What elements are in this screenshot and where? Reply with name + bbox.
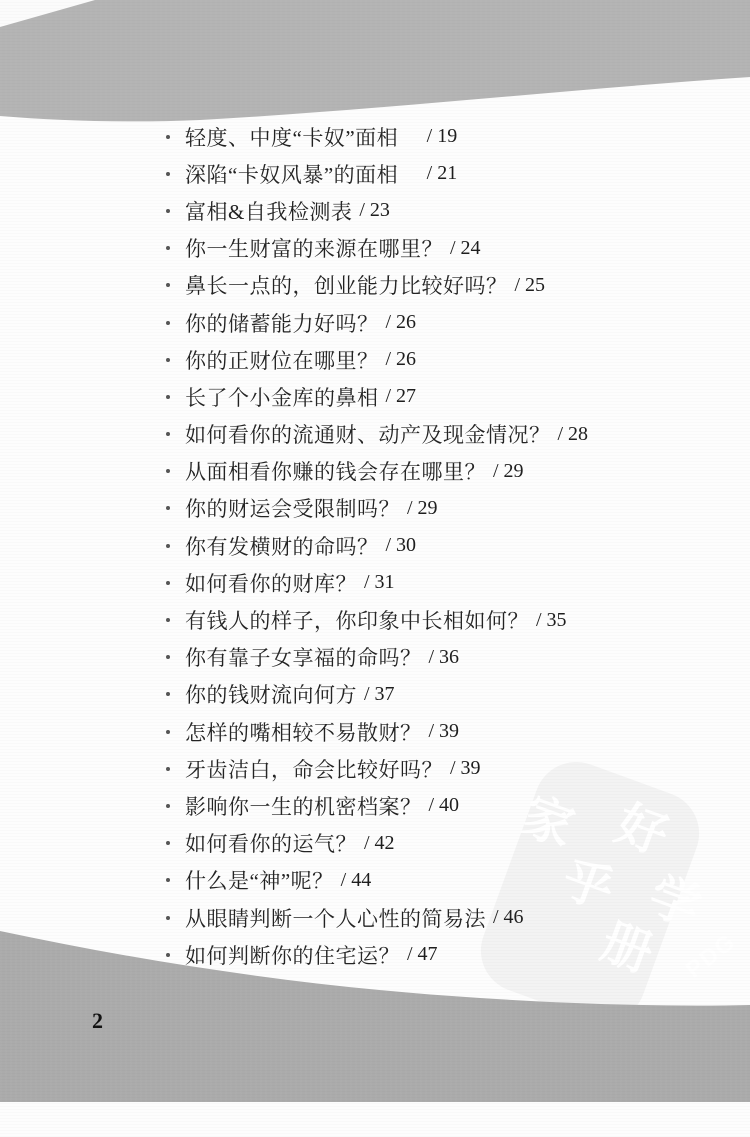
top-gray-band (0, 0, 750, 121)
pdg-watermark-label: PDG (681, 928, 742, 984)
toc-item-title: 有钱人的样子，你印象中长相如何？ (185, 605, 529, 635)
toc-item-title: 如何判断你的住宅运？ (185, 940, 400, 970)
toc-item-page: / 44 (341, 869, 372, 892)
bullet-dot-icon (166, 804, 170, 808)
toc-item-title: 怎样的嘴相较不易散财？ (185, 717, 422, 747)
toc-item-title: 如何看你的运气？ (185, 828, 357, 858)
toc-item-page: / 28 (558, 423, 589, 446)
toc-item-title: 牙齿洁白，命会比较好吗？ (185, 754, 443, 784)
toc-item: 从面相看你赚的钱会存在哪里？/ 29 (166, 453, 588, 490)
bullet-dot-icon (166, 135, 170, 139)
toc-item-page: / 27 (386, 385, 417, 408)
toc-item: 你有发横财的命吗？/ 30 (166, 527, 588, 564)
toc-item-title: 什么是“神”呢？ (185, 865, 334, 895)
top-left-white-wedge (0, 0, 95, 27)
bullet-dot-icon (166, 581, 170, 585)
bullet-dot-icon (166, 544, 170, 548)
toc-item-page: / 26 (386, 348, 417, 371)
toc-item: 什么是“神”呢？/ 44 (166, 862, 588, 899)
toc-item: 如何判断你的住宅运？/ 47 (166, 936, 588, 973)
toc-item-title: 你的钱财流向何方 (185, 679, 357, 709)
bullet-dot-icon (166, 953, 170, 957)
bullet-dot-icon (166, 209, 170, 213)
toc-item-title: 你有发横财的命吗？ (185, 531, 379, 561)
toc-item-title: 如何看你的财库？ (185, 568, 357, 598)
toc-item: 如何看你的流通财、动产及现金情况？/ 28 (166, 416, 588, 453)
toc-item: 影响你一生的机密档案？/ 40 (166, 787, 588, 824)
bullet-dot-icon (166, 618, 170, 622)
toc-item-page: / 36 (429, 646, 460, 669)
bullet-dot-icon (166, 321, 170, 325)
toc-item-title: 从眼睛判断一个人心性的简易法 (185, 903, 486, 933)
bullet-dot-icon (166, 692, 170, 696)
toc-item-title: 富相&自我检测表 (185, 196, 352, 226)
bullet-dot-icon (166, 916, 170, 920)
toc-item-page: / 29 (493, 460, 524, 483)
table-of-contents: 轻度、中度“卡奴”面相 / 19 深陷“卡奴风暴”的面相 / 21 富相&自我检… (166, 118, 588, 973)
toc-item: 如何看你的运气？/ 42 (166, 825, 588, 862)
toc-item-title: 长了个小金库的鼻相 (185, 382, 379, 412)
toc-item-page: / 25 (515, 274, 546, 297)
toc-item: 深陷“卡奴风暴”的面相 / 21 (166, 155, 588, 192)
bullet-dot-icon (166, 841, 170, 845)
toc-item-page: / 21 (427, 162, 458, 185)
toc-item-page: / 37 (364, 683, 395, 706)
toc-item: 你的财运会受限制吗？/ 29 (166, 490, 588, 527)
toc-item-page: / 30 (386, 534, 417, 557)
toc-item-title: 深陷“卡奴风暴”的面相 (185, 159, 420, 189)
toc-item: 如何看你的财库？/ 31 (166, 564, 588, 601)
page-number: 2 (92, 1008, 103, 1034)
toc-item-page: / 39 (429, 720, 460, 743)
toc-item: 有钱人的样子，你印象中长相如何？/ 35 (166, 601, 588, 638)
scanned-book-page: 家 好 乎 学 册 PDG 轻度、中度“卡奴”面相 / 19 深陷“卡奴风暴”的… (0, 0, 750, 1137)
toc-item: 你的储蓄能力好吗？/ 26 (166, 304, 588, 341)
toc-item-title: 如何看你的流通财、动产及现金情况？ (185, 419, 551, 449)
toc-item-page: / 19 (427, 125, 458, 148)
bullet-dot-icon (166, 506, 170, 510)
toc-item: 牙齿洁白，命会比较好吗？/ 39 (166, 750, 588, 787)
toc-item-page: / 23 (359, 199, 390, 222)
toc-item-page: / 29 (407, 497, 438, 520)
toc-item-title: 你有靠子女享福的命吗？ (185, 642, 422, 672)
toc-item: 轻度、中度“卡奴”面相 / 19 (166, 118, 588, 155)
toc-item-title: 影响你一生的机密档案？ (185, 791, 422, 821)
toc-item-title: 你一生财富的来源在哪里？ (185, 233, 443, 263)
toc-item-title: 鼻长一点的，创业能力比较好吗？ (185, 270, 508, 300)
toc-item-page: / 26 (386, 311, 417, 334)
bullet-dot-icon (166, 767, 170, 771)
toc-item-title: 从面相看你赚的钱会存在哪里？ (185, 456, 486, 486)
toc-item-title: 轻度、中度“卡奴”面相 (185, 122, 420, 152)
toc-item: 你有靠子女享福的命吗？/ 36 (166, 639, 588, 676)
bullet-dot-icon (166, 283, 170, 287)
bullet-dot-icon (166, 655, 170, 659)
bullet-dot-icon (166, 246, 170, 250)
toc-item: 长了个小金库的鼻相/ 27 (166, 378, 588, 415)
toc-item-page: / 35 (536, 609, 567, 632)
bullet-dot-icon (166, 730, 170, 734)
toc-item: 富相&自我检测表/ 23 (166, 192, 588, 229)
bullet-dot-icon (166, 432, 170, 436)
toc-item: 你一生财富的来源在哪里？/ 24 (166, 230, 588, 267)
toc-item: 从眼睛判断一个人心性的简易法/ 46 (166, 899, 588, 936)
toc-item-title: 你的财运会受限制吗？ (185, 493, 400, 523)
toc-item: 怎样的嘴相较不易散财？/ 39 (166, 713, 588, 750)
toc-item-page: / 31 (364, 571, 395, 594)
toc-item-page: / 40 (429, 794, 460, 817)
toc-item: 你的正财位在哪里？/ 26 (166, 341, 588, 378)
toc-item-page: / 24 (450, 237, 481, 260)
toc-item-title: 你的储蓄能力好吗？ (185, 308, 379, 338)
toc-item-page: / 39 (450, 757, 481, 780)
toc-item-title: 你的正财位在哪里？ (185, 345, 379, 375)
bullet-dot-icon (166, 469, 170, 473)
bullet-dot-icon (166, 878, 170, 882)
bullet-dot-icon (166, 395, 170, 399)
toc-item-page: / 47 (407, 943, 438, 966)
toc-item: 鼻长一点的，创业能力比较好吗？/ 25 (166, 267, 588, 304)
bullet-dot-icon (166, 358, 170, 362)
toc-item-page: / 42 (364, 832, 395, 855)
toc-item-page: / 46 (493, 906, 524, 929)
toc-item: 你的钱财流向何方/ 37 (166, 676, 588, 713)
bullet-dot-icon (166, 172, 170, 176)
